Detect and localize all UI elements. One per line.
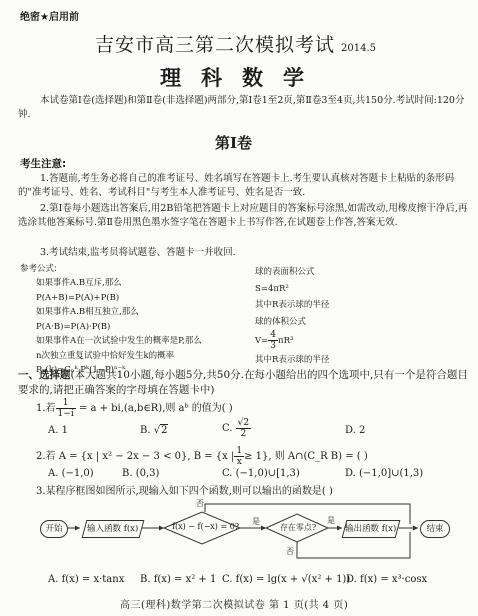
- fraction: 43: [268, 330, 278, 351]
- intro-paragraph: 本试卷第Ⅰ卷(选择题)和第Ⅱ卷(非选择题)两部分,第Ⅰ卷1至2页,第Ⅱ卷3至4页…: [18, 94, 468, 122]
- ref-line: 球的体积公式: [255, 314, 329, 331]
- exam-date: 2014.5: [341, 43, 376, 54]
- notice-item-2: 2.第Ⅰ卷每小题选出答案后,用2B铅笔把答题卡上对应题目的答案标号涂黑,如需改动…: [18, 202, 468, 230]
- ref-line: S=4πR²: [255, 281, 329, 298]
- notice-item-1: 1.答题前,考生务必将自己的准考证号、姓名填写在答题卡上.考生要认真核对答题卡上…: [18, 172, 468, 200]
- fraction: 11−i: [56, 398, 76, 419]
- fraction: √22: [236, 418, 251, 439]
- question-1-option-d: D. 2: [345, 425, 365, 436]
- notice-title: 考生注意:: [20, 156, 66, 171]
- flowchart-lines: [0, 498, 478, 568]
- subject-title: 理科数学: [160, 62, 324, 92]
- ref-line: 如果事件A.B互斥,那么: [36, 276, 202, 291]
- flowchart-label-yes: 是: [252, 516, 260, 527]
- exam-title: 吉安市高三第二次模拟考试2014.5: [95, 30, 376, 57]
- ref-line: P(A+B)=P(A)+P(B): [36, 291, 202, 306]
- reference-left-column: 如果事件A.B互斥,那么 P(A+B)=P(A)+P(B) 如果事件A.B相互独…: [36, 276, 202, 378]
- question-1-option-a: A. 1: [48, 425, 68, 436]
- flowchart-output: 输出函数 f(x): [342, 520, 401, 538]
- question-1-option-b: B. √2: [140, 425, 168, 436]
- flowchart-decision-zero: 存在零点?: [276, 522, 320, 533]
- reference-right-column: 球的表面积公式 S=4πR² 其中R表示球的半径 球的体积公式 V=43πR³ …: [255, 264, 329, 369]
- question-3-option-b: B. f(x) = x² + 1: [140, 574, 216, 585]
- question-3-option-d: D. f(x) = x³·cosx: [346, 574, 427, 585]
- question-1-option-c: C. √22: [222, 418, 251, 439]
- confidential-label: 绝密★启用前: [20, 8, 79, 23]
- volume-title: 第Ⅰ卷: [215, 132, 252, 153]
- flowchart-label-no: 否: [196, 498, 204, 509]
- page-footer: 高三(理科)数学第二次模拟试卷 第 1 页(共 4 页): [120, 596, 348, 611]
- question-2-option-b: B. (0,3): [122, 468, 159, 479]
- question-2-option-d: D. (−1,0]∪(1,3): [345, 468, 423, 479]
- ref-line: 如果事件A在一次试验中发生的概率是P,那么: [36, 334, 202, 349]
- ref-line: n次独立重复试验中恰好发生k的概率: [36, 349, 202, 364]
- ref-line: 球的表面积公式: [255, 264, 329, 281]
- ref-line: 如果事件A.B相互独立,那么: [36, 305, 202, 320]
- ref-line: 其中R表示球的半径: [255, 352, 329, 369]
- question-2-option-c: C. (−1,0)∪[1,3): [222, 468, 300, 479]
- flowchart-input: 输入函数 f(x): [82, 520, 145, 538]
- reference-title: 参考公式:: [20, 262, 57, 277]
- program-flowchart: 开始 输入函数 f(x) f(x) − f(−x) = 0? 存在零点? 输出函…: [0, 498, 478, 568]
- question-2-stem: 2.若 A = {x | x² − 2x − 3 < 0}, B = {x |1…: [36, 446, 368, 467]
- section-heading: 一、选择题: [18, 369, 71, 381]
- question-3-option-c: C. f(x) = lg(x + √(x² + 1)): [222, 574, 350, 585]
- sphere-volume-formula: V=43πR³: [255, 330, 329, 352]
- section-description: (本大题共10小题,每小题5分,共50分.在每小题给出的四个选项中,只有一个是符…: [18, 369, 468, 396]
- question-3-option-a: A. f(x) = x·tanx: [48, 574, 124, 585]
- question-2-option-a: A. (−1,0): [48, 468, 94, 479]
- notice-item-3: 3.考试结束,监考员将试题卷、答题卡一并收回.: [18, 246, 468, 260]
- flowchart-decision-even: f(x) − f(−x) = 0?: [172, 522, 234, 531]
- ref-line: 其中R表示球的半径: [255, 297, 329, 314]
- flowchart-label-yes: 是: [327, 515, 335, 526]
- flowchart-start: 开始: [40, 520, 68, 538]
- flowchart-end: 结束: [420, 520, 450, 538]
- exam-title-text: 吉安市高三第二次模拟考试: [95, 34, 335, 56]
- question-1-stem: 1.若11−i = a + bi,(a,b∈R),则 aᵇ 的值为( ): [36, 398, 233, 420]
- flowchart-label-no: 否: [286, 546, 294, 557]
- question-3-stem: 3.某程序框图如图所示,现输入如下四个函数,则可以输出的函数是( ): [36, 482, 333, 497]
- ref-line: P(A·B)=P(A)·P(B): [36, 320, 202, 335]
- fraction: 1x: [234, 446, 244, 467]
- section-choice-heading: 一、选择题(本大题共10小题,每小题5分,共50分.在每小题给出的四个选项中,只…: [18, 368, 473, 398]
